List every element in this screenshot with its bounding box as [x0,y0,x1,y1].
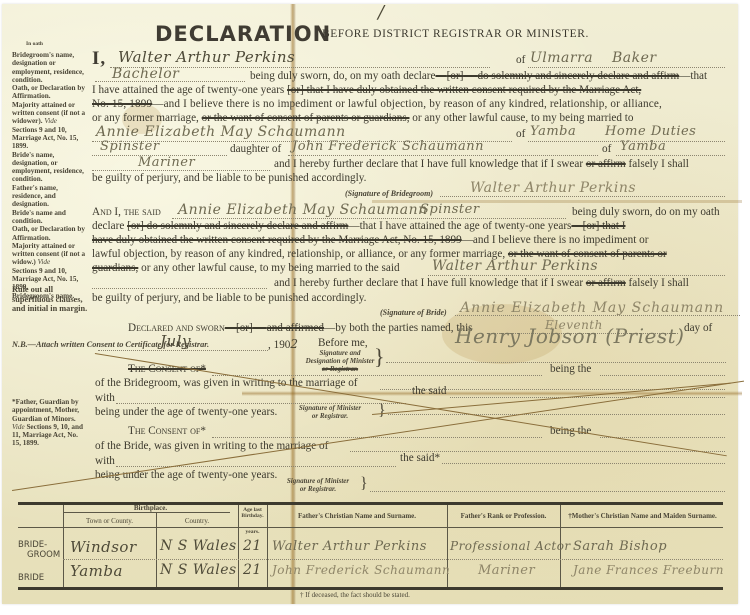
dotted-line [388,414,725,415]
bride-signature[interactable]: Annie Elizabeth May Schaumann [460,300,724,316]
dotted-line [428,275,725,276]
of-label: of [516,54,525,66]
bride-lead: And I, the said [92,206,161,218]
rule [63,512,230,513]
dotted-line [450,397,725,398]
bride-occupation-field[interactable]: Home Duties [605,124,696,139]
line-text: No. 15, 1899—and I believe there is no i… [92,98,662,110]
line-text: of the Bridegroom, was given in writing … [95,377,358,389]
bride-father-name-field[interactable]: John Frederick Schaumann [292,139,484,154]
bride-declaration-condition-field[interactable]: Spinster [420,202,480,217]
brace-icon: } [360,475,368,493]
bridegroom-signature-label: (Signature of Bridegroom) [345,189,433,198]
bridegroom-town-cell[interactable]: Windsor [70,538,137,556]
line-text: being duly sworn, do on my oath [572,206,720,218]
margin-note-bridegroom: Bridegroom's name, designation or employ… [12,51,90,300]
dotted-line [212,437,542,438]
bridegroom-occupation-field[interactable]: Baker [612,50,657,66]
bridegroom-age-cell[interactable]: 21 [243,538,262,554]
header-country: Country. [156,517,238,525]
the-said-label: the said [412,385,447,397]
line-text: and I hereby further declare that I have… [274,158,689,170]
dotted-line [95,81,245,82]
bridegroom-signature[interactable]: Walter Arthur Perkins [470,180,636,196]
bridegroom-residence-field[interactable]: Ulmarra [530,50,593,66]
line-text: being under the age of twenty-one years. [95,406,277,418]
bride-country-cell[interactable]: N S Wales [160,562,237,578]
bridegroom-country-cell[interactable]: N S Wales [160,538,237,554]
brace-icon: } [378,402,386,420]
of-label: of [516,128,525,140]
brace-icon: } [374,346,385,368]
line-text: have duly obtained the written consent r… [92,234,648,246]
being-the-label: being the [550,363,591,375]
dotted-line [92,288,267,289]
dotted-line [172,218,566,219]
consent-bride-of: The Consent of* [128,425,206,437]
dotted-line [116,466,396,467]
dotted-line [616,155,725,156]
header-father-rank: Father's Rank or Profession. [447,512,560,520]
header-age: Age last Birthday. [238,507,267,519]
dotted-line [440,196,725,197]
line-text: of the Bride, was given in writing to th… [95,440,328,452]
bride-condition-field[interactable]: Spinster [100,139,160,154]
bride-town-cell[interactable]: Yamba [70,562,123,580]
bride-mother-name-cell[interactable]: Jane Frances Freeburn [573,563,724,577]
month-field[interactable]: July [160,332,191,350]
table-footnote: † If deceased, the fact should be stated… [300,591,410,599]
row-label-bridegroom: BRIDE- GROOM [18,540,60,560]
minister-signature-label: Signature of Minister or Registrar. [276,477,360,493]
the-said-label: the said* [400,452,440,464]
table-bottom-rule [18,587,723,590]
header-mother-name: †Mother's Christian Name and Maiden Surn… [560,512,725,520]
of-label: of [602,143,611,155]
bride-declaration-name-field[interactable]: Annie Elizabeth May Schaumann [178,202,428,218]
day-of-label: day of [684,322,712,334]
dotted-line [288,155,598,156]
bride-residence-field[interactable]: Yamba [530,124,576,139]
dotted-line [455,315,740,316]
dotted-line [92,170,270,171]
rule [18,527,723,528]
margin-note-top: In oath [12,40,104,48]
dotted-line [370,491,725,492]
margin-note-rule-out: Rule out all superfluous clauses, and in… [12,285,90,314]
dotted-line [528,67,725,68]
before-me-label: Before me, [318,337,368,349]
with-label: with [95,455,115,467]
header-father-name: Father's Christian Name and Surname. [267,512,447,520]
row-label-bride: BRIDE [18,573,44,583]
signature-designation-label: Signature and Designation of Minister or… [300,349,380,373]
bride-declaration-groom-name-field[interactable]: Walter Arthur Perkins [432,258,598,274]
with-label: with [95,392,115,404]
document-subtitle: BEFORE DISTRICT REGISTRAR OR MINISTER. [322,28,589,40]
corner-mark: / [378,2,385,23]
line-text: be guilty of perjury, and be liable to b… [92,172,366,184]
bridegroom-father-rank-cell[interactable]: Professional Actor [450,539,571,553]
daughter-of-label: daughter of [230,143,281,155]
bride-father-rank-cell[interactable]: Mariner [478,563,535,578]
officiant-signature[interactable]: Henry Jobson (Priest) [455,324,684,348]
bride-signature-label: (Signature of Bride) [380,308,447,317]
line-text: being under the age of twenty-one years. [95,469,277,481]
line-text: and I hereby further declare that I have… [274,277,689,289]
bride-age-cell[interactable]: 21 [243,562,262,578]
bridegroom-condition-field[interactable]: Bachelor [112,66,179,82]
bride-father-occupation-field[interactable]: Mariner [138,155,195,170]
bride-father-name-cell[interactable]: John Frederick Schaumann [272,563,450,577]
line-text: I have attained the age of twenty-one ye… [92,84,641,96]
minister-signature-label: Signature of Minister or Registrar. [290,404,370,420]
line-text: be guilty of perjury, and be liable to b… [92,292,366,304]
bride-father-residence-field[interactable]: Yamba [620,139,666,154]
header-birthplace: Birthplace. [63,504,238,512]
line-text: being duly sworn, do, on my oath declare… [250,70,707,82]
document-title: DECLARATION [155,22,331,46]
dotted-line [212,375,542,376]
bridegroom-mother-name-cell[interactable]: Sarah Bishop [573,539,667,554]
bridegroom-name-field[interactable]: Walter Arthur Perkins [118,48,295,66]
declaration-lead: I, [92,48,106,70]
header-town: Town or County. [63,517,156,525]
dotted-line [442,463,725,464]
dotted-line [98,350,268,351]
row-divider [63,559,723,560]
bridegroom-father-name-cell[interactable]: Walter Arthur Perkins [272,539,427,554]
margin-note-father-guardian: *Father, Guardian by appointment, Mother… [12,398,88,448]
year-label: , 1902 [268,337,299,351]
line-text: or any former marriage, or the want of c… [92,112,634,124]
dotted-line [600,375,725,376]
line-text: declare [or] do solemnly and sincerely d… [92,220,625,232]
bride-name-field[interactable]: Annie Elizabeth May Schaumann [96,124,346,140]
line-text: guardians, or any other lawful cause, to… [92,262,400,274]
header-years: years. [238,529,267,535]
